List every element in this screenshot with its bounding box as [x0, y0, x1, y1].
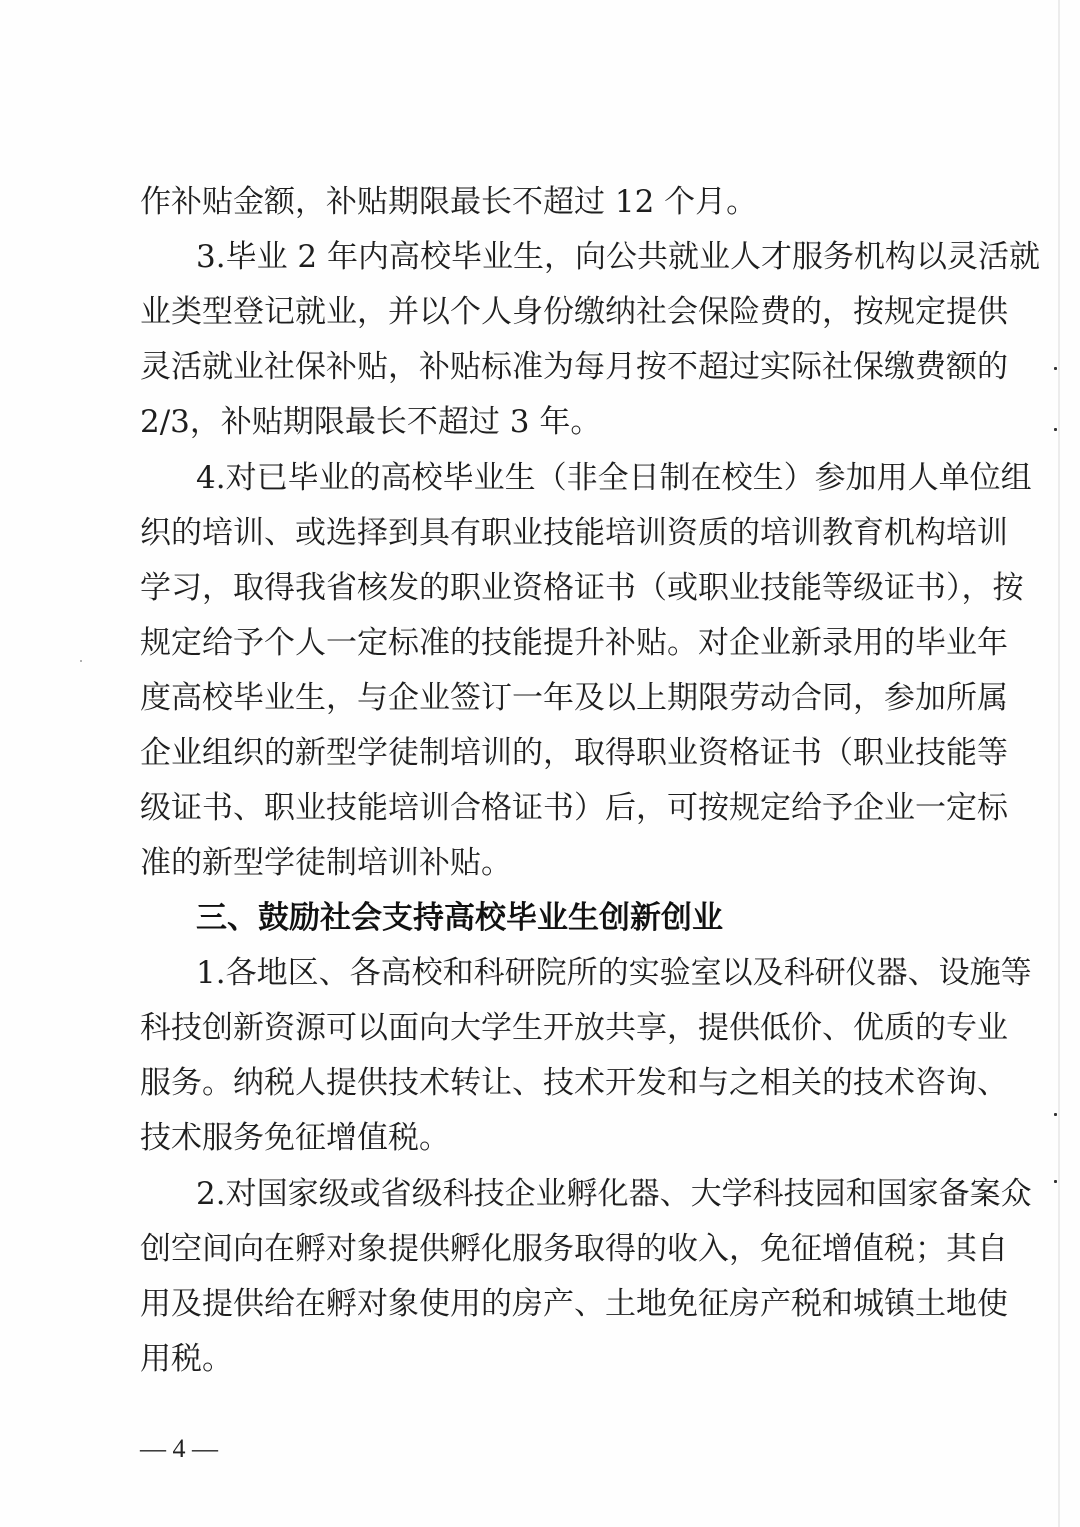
- paragraph-line: 规定给予个人一定标准的技能提升补贴。对企业新录用的毕业年: [140, 623, 964, 663]
- paragraph-line: 作补贴金额，补贴期限最长不超过 12 个月。: [140, 182, 964, 222]
- paragraph-line: 学习，取得我省核发的职业资格证书（或职业技能等级证书），按: [140, 568, 964, 608]
- paragraph-line: 度高校毕业生，与企业签订一年及以上期限劳动合同，参加所属: [140, 678, 964, 718]
- page-number: — 4 —: [140, 1432, 218, 1466]
- paragraph-line: 准的新型学徒制培训补贴。: [140, 843, 964, 883]
- paragraph-line: 4.对已毕业的高校毕业生（非全日制在校生）参加用人单位组: [196, 458, 964, 498]
- paragraph-line: 3.毕业 2 年内高校毕业生，向公共就业人才服务机构以灵活就: [196, 237, 964, 277]
- paragraph-line: 2.对国家级或省级科技企业孵化器、大学科技园和国家备案众: [196, 1174, 964, 1214]
- document-page: 作补贴金额，补贴期限最长不超过 12 个月。 3.毕业 2 年内高校毕业生，向公…: [0, 0, 1080, 1527]
- paragraph-line: 科技创新资源可以面向大学生开放共享，提供低价、优质的专业: [140, 1008, 964, 1048]
- scan-speck: [1054, 428, 1057, 431]
- paragraph-line: 业类型登记就业，并以个人身份缴纳社会保险费的，按规定提供: [140, 292, 964, 332]
- scan-speck: [1054, 1180, 1057, 1183]
- paragraph-line: 织的培训、或选择到具有职业技能培训资质的培训教育机构培训: [140, 513, 964, 553]
- paragraph-line: 企业组织的新型学徒制培训的，取得职业资格证书（职业技能等: [140, 733, 964, 773]
- paragraph-line: 用及提供给在孵对象使用的房产、土地免征房产税和城镇土地使: [140, 1284, 964, 1324]
- page-edge-divider: [1058, 0, 1060, 1527]
- paragraph-line: 级证书、职业技能培训合格证书）后，可按规定给予企业一定标: [140, 788, 964, 828]
- paragraph-line: 技术服务免征增值税。: [140, 1118, 964, 1158]
- paragraph-line: 1.各地区、各高校和科研院所的实验室以及科研仪器、设施等: [196, 953, 964, 993]
- paragraph-line: 服务。纳税人提供技术转让、技术开发和与之相关的技术咨询、: [140, 1063, 964, 1103]
- scan-speck: [1054, 1113, 1057, 1116]
- paragraph-line: 用税。: [140, 1339, 964, 1379]
- scan-speck: [80, 660, 82, 662]
- paragraph-line: 创空间向在孵对象提供孵化服务取得的收入，免征增值税；其自: [140, 1229, 964, 1269]
- section-heading: 三、鼓励社会支持高校毕业生创新创业: [196, 898, 723, 938]
- paragraph-line: 灵活就业社保补贴，补贴标准为每月按不超过实际社保缴费额的: [140, 347, 964, 387]
- paragraph-line: 2/3，补贴期限最长不超过 3 年。: [140, 402, 964, 442]
- scan-speck: [1054, 367, 1057, 370]
